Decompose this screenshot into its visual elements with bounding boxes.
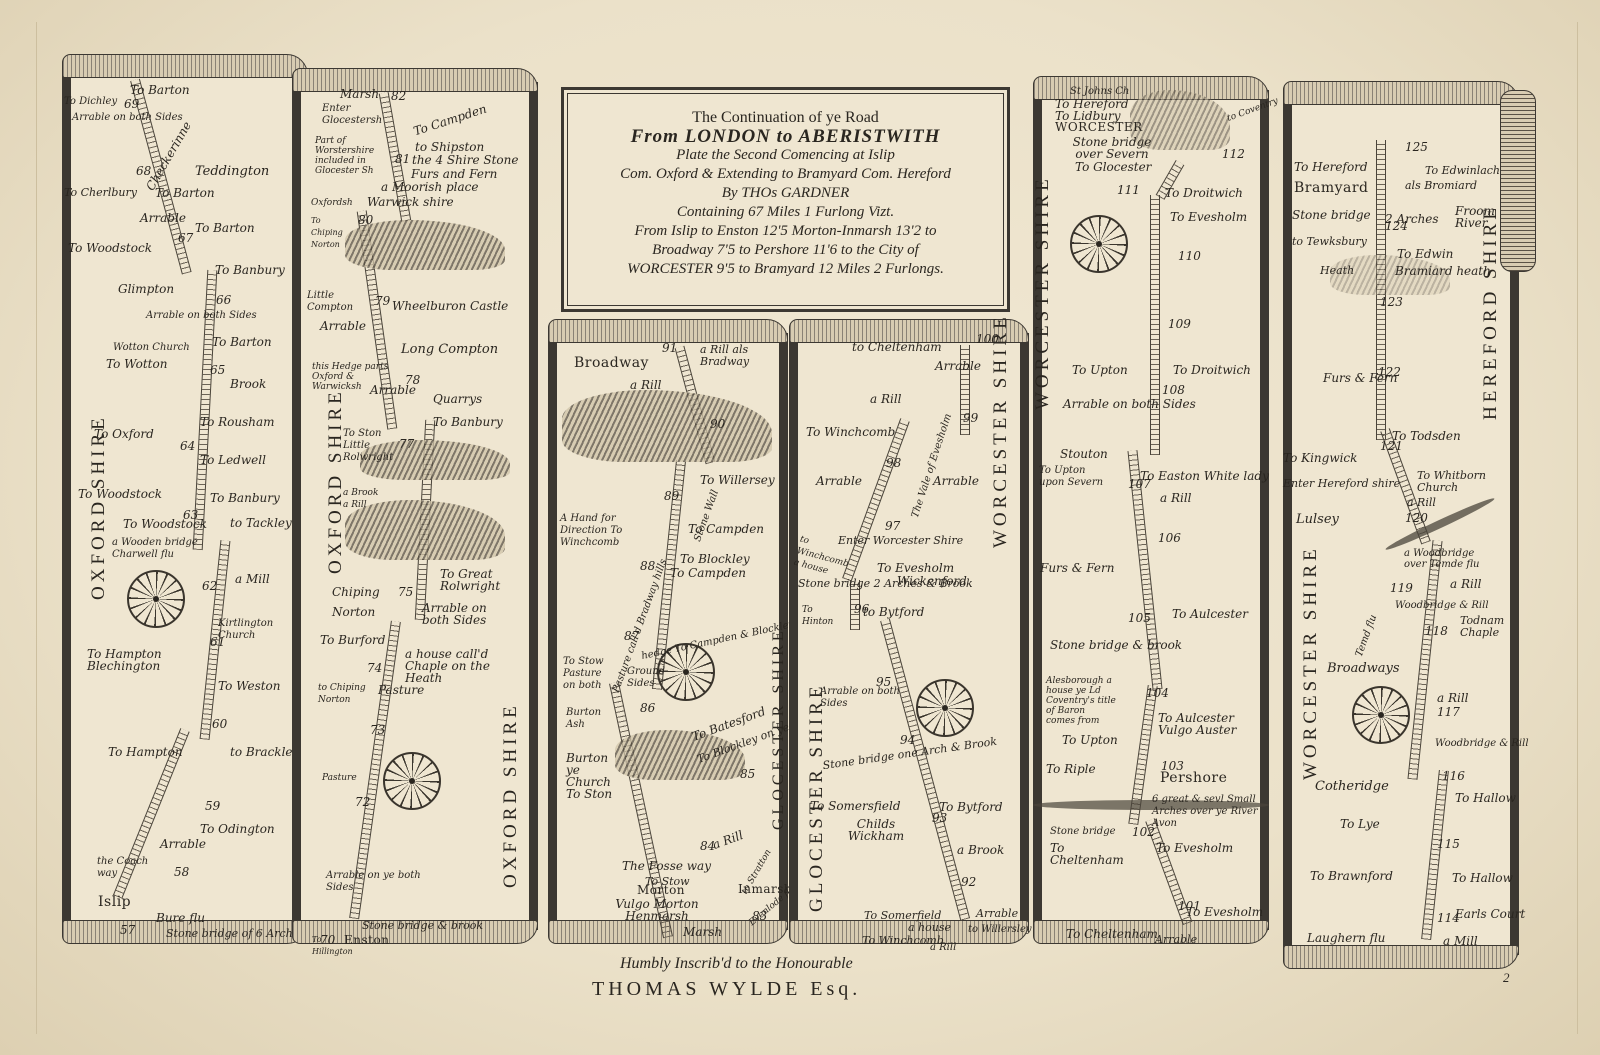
map-label: a Mill — [235, 573, 270, 585]
map-label: To Oxford — [94, 428, 154, 440]
map-label: a Brook — [957, 844, 1004, 856]
map-label: Bramiard heath — [1395, 265, 1491, 277]
map-label: Stone bridge over Severn — [1062, 136, 1162, 160]
map-label: To Hallow — [1455, 792, 1516, 804]
map-label: Arrable — [933, 475, 979, 487]
map-label: Arrable — [140, 212, 186, 224]
map-label: Laughern flu — [1307, 932, 1385, 944]
map-label: Todnam Chaple — [1460, 615, 1510, 639]
map-label: Kirtlington Church — [218, 618, 298, 642]
mile-marker: 61 — [210, 636, 225, 648]
county-label: HEREFORD SHIRE — [1480, 204, 1502, 420]
map-label: the 4 Shire Stone — [412, 154, 518, 166]
mile-marker: 86 — [640, 702, 655, 714]
title-cartouche: The Continuation of ye Road From LONDON … — [561, 87, 1010, 312]
mile-marker: 121 — [1380, 440, 1403, 452]
mile-marker: 118 — [1425, 625, 1448, 637]
map-label: To Aulcester — [1172, 608, 1248, 620]
mile-marker: 109 — [1168, 318, 1191, 330]
map-label: To Great Rolwright — [440, 568, 520, 592]
mile-marker: 66 — [216, 294, 231, 306]
scroll-bottom — [1283, 945, 1519, 969]
mile-marker: 101 — [1178, 900, 1201, 912]
mile-marker: 87 — [624, 630, 639, 642]
mile-marker: 108 — [1162, 384, 1185, 396]
map-label: To Upton upon Severn — [1039, 465, 1109, 489]
map-label: Part of Worstershire included in Glocest… — [315, 136, 395, 176]
map-label: als Bromiard — [1405, 180, 1477, 192]
map-label: Earls Court — [1455, 908, 1525, 920]
map-label: Furs and Fern — [411, 168, 497, 180]
mile-marker: 120 — [1405, 512, 1428, 524]
mile-marker: 88 — [640, 560, 655, 572]
county-label: OXFORD SHIRE — [88, 414, 110, 600]
mile-marker: 81 — [395, 153, 410, 165]
map-label: To Hampton Blechington — [87, 648, 177, 672]
map-label: Wheelburon Castle — [392, 300, 508, 312]
scroll-top — [548, 319, 788, 343]
map-label: a Rill — [1437, 692, 1469, 704]
map-label: a Rill — [870, 393, 902, 405]
mile-marker: 105 — [1128, 612, 1151, 624]
map-label: To Edwin — [1397, 248, 1453, 260]
compass-rose-icon — [1352, 686, 1410, 744]
map-label: Quarrys — [433, 393, 482, 405]
cartouche-line: WORCESTER 9'5 to Bramyard 12 Miles 2 Fur… — [564, 260, 1007, 279]
cartouche-line: Containing 67 Miles 1 Furlong Vizt. — [564, 203, 1007, 222]
county-label: OXFORD SHIRE — [325, 388, 347, 574]
compass-rose-icon — [916, 679, 974, 737]
map-label: Bure flu — [156, 912, 205, 924]
map-label: To Stow Pasture on both — [563, 656, 613, 692]
map-label: a house call'd Chaple on the Heath — [405, 648, 525, 684]
scroll-top — [1283, 81, 1519, 105]
compass-rose-icon — [127, 570, 185, 628]
map-label: Little Compton — [307, 290, 367, 314]
mile-marker: 67 — [178, 232, 193, 244]
map-label: To Droitwich — [1165, 187, 1243, 199]
mile-marker: 116 — [1442, 770, 1465, 782]
map-label: To Barton — [195, 222, 255, 234]
map-label: To Glocester — [1075, 161, 1151, 173]
map-label: To Burford — [320, 634, 385, 646]
mile-marker: 64 — [180, 440, 195, 452]
mile-marker: 73 — [370, 724, 385, 736]
county-label: OXFORD SHIRE — [500, 702, 522, 888]
map-label: Froom River — [1455, 205, 1495, 229]
map-label: To Bytford — [939, 801, 1003, 813]
map-label: to Tackley — [230, 517, 292, 529]
map-label: Marsh — [683, 926, 722, 938]
mile-marker: 63 — [183, 509, 198, 521]
mile-marker: 114 — [1437, 912, 1460, 924]
map-label: To Banbury — [210, 492, 280, 504]
mile-marker: 85 — [740, 768, 755, 780]
map-label: To Odington — [200, 823, 275, 835]
map-label: Childs Wickham — [846, 818, 906, 842]
map-label: Islip — [98, 896, 131, 908]
map-label: To Ston Little Rolwright — [343, 428, 403, 464]
mile-marker: 77 — [399, 438, 414, 450]
map-label: a Rill — [1407, 497, 1436, 509]
cartouche-line: Com. Oxford & Extending to Bramyard Com.… — [564, 165, 1007, 184]
map-label: Arrable on ye both Sides — [326, 870, 436, 894]
mile-marker: 70 — [320, 934, 335, 946]
map-label: Arrable on both Sides — [422, 602, 512, 626]
mile-marker: 59 — [205, 800, 220, 812]
map-label: To Banbury — [433, 416, 503, 428]
map-label: To Hampton — [108, 746, 183, 758]
map-label: a Brook a Rill — [343, 487, 383, 511]
map-label: a Rill — [930, 942, 956, 954]
map-label: To Hereford — [1294, 161, 1368, 173]
mile-marker: 60 — [212, 718, 227, 730]
map-label: To Easton White lady — [1140, 470, 1269, 482]
map-label: to Willersley — [968, 924, 1032, 936]
compass-rose-icon — [383, 752, 441, 810]
mile-marker: 74 — [367, 662, 382, 674]
map-label: Arrable on both Sides — [146, 310, 257, 322]
scroll-curl — [1500, 90, 1536, 272]
map-label: Morton — [637, 884, 685, 896]
mile-marker: 96 — [854, 603, 869, 615]
map-label: To Edwinlach — [1425, 165, 1500, 177]
map-label: to Tewksbury — [1292, 236, 1367, 248]
map-label: To Woodstock — [68, 242, 152, 254]
map-label: Burton Ash — [566, 707, 606, 731]
map-label: Lulsey — [1296, 514, 1339, 526]
road — [1150, 195, 1160, 455]
mile-marker: 72 — [355, 796, 370, 808]
map-label: a Moorish place — [381, 181, 478, 193]
mile-marker: 75 — [398, 586, 413, 598]
county-label: GLOCESTER SHIRE — [806, 683, 828, 912]
map-label: to Cheltenham — [852, 341, 942, 353]
mile-marker: 94 — [900, 734, 915, 746]
mile-marker: 97 — [885, 520, 900, 532]
cartouche-line: Broadway 7'5 to Pershore 11'6 to the Cit… — [564, 241, 1007, 260]
map-label: Cotheridge — [1315, 781, 1389, 793]
map-label: To Whitborn Church — [1417, 470, 1507, 494]
map-label: To Evesholm — [877, 562, 954, 574]
map-label: To Upton — [1072, 364, 1128, 376]
map-label: Wotton Church — [113, 342, 190, 354]
map-label: To Willersey — [700, 474, 775, 486]
mile-marker: 57 — [120, 924, 135, 936]
map-label: Stone bridge & brook — [362, 920, 483, 932]
mile-marker: 93 — [932, 812, 947, 824]
map-label: A Hand for Direction To Winchcomb — [560, 513, 640, 549]
map-label: Warwick shire — [367, 196, 454, 208]
map-label: Arrable on both Sides — [820, 686, 900, 710]
map-label: Stone bridge — [1050, 826, 1116, 838]
mile-marker: 117 — [1437, 706, 1460, 718]
map-label: to Chiping Norton — [318, 682, 368, 706]
map-label: Oxfordsh — [311, 197, 353, 209]
mile-marker: 103 — [1161, 760, 1184, 772]
map-label: Arrable on both Sides — [1063, 398, 1196, 410]
mile-marker: 78 — [405, 374, 420, 386]
map-label: To Blockley — [680, 553, 750, 565]
scroll-top — [292, 68, 538, 92]
dedicatee-name: THOMAS WYLDE Esq. — [592, 978, 861, 1001]
mile-marker: 100 — [976, 333, 999, 345]
mile-marker: 124 — [1385, 220, 1408, 232]
mile-marker: 104 — [1146, 687, 1169, 699]
map-label: Enter Hereford shire — [1283, 478, 1400, 490]
mile-marker: 89 — [664, 490, 679, 502]
map-label: the Coach way — [97, 856, 157, 880]
mile-marker: 79 — [375, 295, 390, 307]
map-label: To Brawnford — [1310, 870, 1393, 882]
map-label: Stone bridge & brook — [1050, 639, 1182, 651]
mile-marker: 84 — [700, 840, 715, 852]
map-label: To Kingwick — [1283, 452, 1357, 464]
mile-marker: 98 — [886, 457, 901, 469]
map-label: To Winchcomb — [806, 426, 895, 438]
map-label: Furs & Fern — [1040, 562, 1115, 574]
mile-marker: 122 — [1378, 366, 1401, 378]
map-label: To Barton — [212, 336, 272, 348]
map-label: To Lye — [1340, 818, 1380, 830]
map-label: Brook — [230, 378, 266, 390]
map-label: To Banbury — [215, 264, 285, 276]
county-label: WORCESTER SHIRE — [1032, 175, 1054, 410]
map-label: Woodbridge & Rill — [1435, 738, 1529, 750]
mile-marker: 92 — [961, 876, 976, 888]
map-label: a Woodbridge over Temde flu — [1404, 548, 1484, 570]
map-label: a house — [908, 922, 951, 934]
map-label: To Ledwell — [200, 454, 266, 466]
map-label: To Campden — [670, 567, 746, 579]
mile-marker: 82 — [391, 90, 406, 102]
mile-marker: 91 — [662, 342, 677, 354]
map-label: To Weston — [218, 680, 281, 692]
mile-marker: 125 — [1405, 141, 1428, 153]
map-label: a Mill — [1443, 935, 1478, 947]
map-label: To Hallow — [1452, 872, 1513, 884]
map-label: a Rill als Bradway — [700, 344, 770, 368]
map-label: To Barton — [155, 187, 215, 199]
map-label: Arrable on both Sides — [72, 112, 183, 124]
mile-marker: 111 — [1117, 184, 1140, 196]
county-label: WORCESTER SHIRE — [990, 313, 1012, 548]
compass-rose-icon — [1070, 215, 1128, 273]
map-label: Pasture — [378, 684, 424, 696]
map-label: Glimpton — [118, 283, 174, 295]
map-label: Long Compton — [401, 344, 498, 356]
mile-marker: 69 — [124, 98, 139, 110]
map-label: To Aulcester Vulgo Auster — [1158, 712, 1238, 736]
map-label: Arrable — [1155, 934, 1197, 946]
map-label: Ground Sides — [627, 666, 672, 690]
map-label: To Cherlbury — [64, 187, 137, 199]
map-label: a Rill — [1160, 492, 1192, 504]
mile-marker: 80 — [358, 214, 373, 226]
dedication-line: Humbly Inscrib'd to the Honourable — [620, 955, 853, 973]
map-label: To Evesholm — [1156, 842, 1233, 854]
map-label: Stone bridge — [1292, 209, 1371, 221]
plate-number: 2 — [1503, 970, 1510, 986]
mile-marker: 115 — [1437, 838, 1460, 850]
cartouche-line: From Islip to Enston 12'5 Morton-Inmarsh… — [564, 222, 1007, 241]
map-label: Arrable — [935, 360, 981, 372]
map-label: a Rill — [630, 379, 662, 391]
map-label: Broadways — [1327, 663, 1400, 675]
map-label: To Rousham — [200, 416, 275, 428]
mile-marker: 65 — [210, 364, 225, 376]
map-label: Bramyard — [1294, 182, 1369, 194]
county-label: WORCESTER SHIRE — [1300, 545, 1322, 780]
map-label: To Woodstock — [78, 488, 162, 500]
map-label: The Fosse way — [622, 860, 711, 872]
scroll-top — [62, 54, 308, 78]
mile-marker: 107 — [1128, 478, 1151, 490]
map-label: Enter Worcester Shire — [838, 535, 963, 547]
mile-marker: 95 — [876, 676, 891, 688]
map-label: Marsh — [340, 88, 379, 100]
map-label: to Shipston — [415, 141, 484, 153]
mile-marker: 123 — [1380, 296, 1403, 308]
map-label: To Evesholm — [1170, 211, 1247, 223]
mile-marker: 83 — [752, 910, 767, 922]
mile-marker: 102 — [1132, 826, 1155, 838]
mile-marker: 58 — [174, 866, 189, 878]
map-label: To Cheltenham — [1066, 928, 1158, 940]
map-label: Enter Glocestersh — [322, 103, 392, 127]
map-label: To Droitwich — [1173, 364, 1251, 376]
cartouche-line: The Continuation of ye Road — [564, 108, 1007, 127]
cartouche-line: Plate the Second Comencing at Islip — [564, 146, 1007, 165]
map-label: Enston — [344, 934, 389, 946]
map-label: Alesborough a house ye Ld Coventry's tit… — [1046, 676, 1116, 726]
map-label: Pershore — [1160, 772, 1227, 784]
map-label: Stone bridge of 6 Arches — [166, 928, 305, 940]
map-label: Pasture — [322, 772, 344, 784]
map-label: Arrable — [160, 838, 206, 850]
mile-marker: 106 — [1158, 532, 1181, 544]
map-label: a Rill — [1450, 578, 1482, 590]
map-label: To Hinton — [802, 604, 824, 628]
map-label: To Upton — [1062, 734, 1118, 746]
map-label: 6 great & sevl Small Arches over ye Rive… — [1152, 794, 1262, 830]
mile-marker: 62 — [202, 580, 217, 592]
map-label: To Riple — [1046, 763, 1096, 775]
mile-marker: 110 — [1178, 250, 1201, 262]
map-label: To Wotton — [106, 358, 167, 370]
map-label: To Barton — [130, 84, 190, 96]
mile-marker: 119 — [1390, 582, 1413, 594]
map-label: Arrable — [976, 908, 1018, 920]
map-label: Chiping Norton — [332, 582, 392, 622]
map-label: To Cheltenham — [1050, 842, 1110, 866]
map-label: to Bytford — [863, 606, 924, 618]
mile-marker: 112 — [1222, 148, 1245, 160]
mile-marker: 90 — [710, 418, 725, 430]
map-label: Arrable — [816, 475, 862, 487]
map-label: Stouton — [1060, 448, 1108, 460]
cartouche-line: From LONDON to ABERISTWITH — [564, 127, 1007, 146]
mile-marker: 99 — [963, 412, 978, 424]
map-label: Woodbridge & Rill — [1395, 600, 1489, 612]
map-label: Arrable — [320, 320, 366, 332]
map-label: Broadway — [574, 357, 649, 369]
map-label: Heath — [1320, 265, 1354, 277]
map-label: to Brackley — [230, 746, 299, 758]
map-label: Burton ye Church To Ston — [566, 752, 621, 800]
map-label: To Chiping Norton — [311, 215, 347, 251]
map-label: a Wooden bridge Charwell flu — [112, 537, 217, 561]
mile-marker: 68 — [136, 165, 151, 177]
map-label: To Dichley — [64, 96, 117, 108]
map-label: To Campden — [688, 523, 764, 535]
map-label: Teddington — [195, 166, 269, 178]
map-label: WORCESTER — [1055, 121, 1143, 133]
map-label: Vulgo Morton Henmarsh — [592, 898, 722, 922]
cartouche-line: By THOs GARDNER — [564, 184, 1007, 203]
map-label: To Somersfield — [810, 800, 901, 812]
map-label: Wickenford — [897, 575, 967, 587]
